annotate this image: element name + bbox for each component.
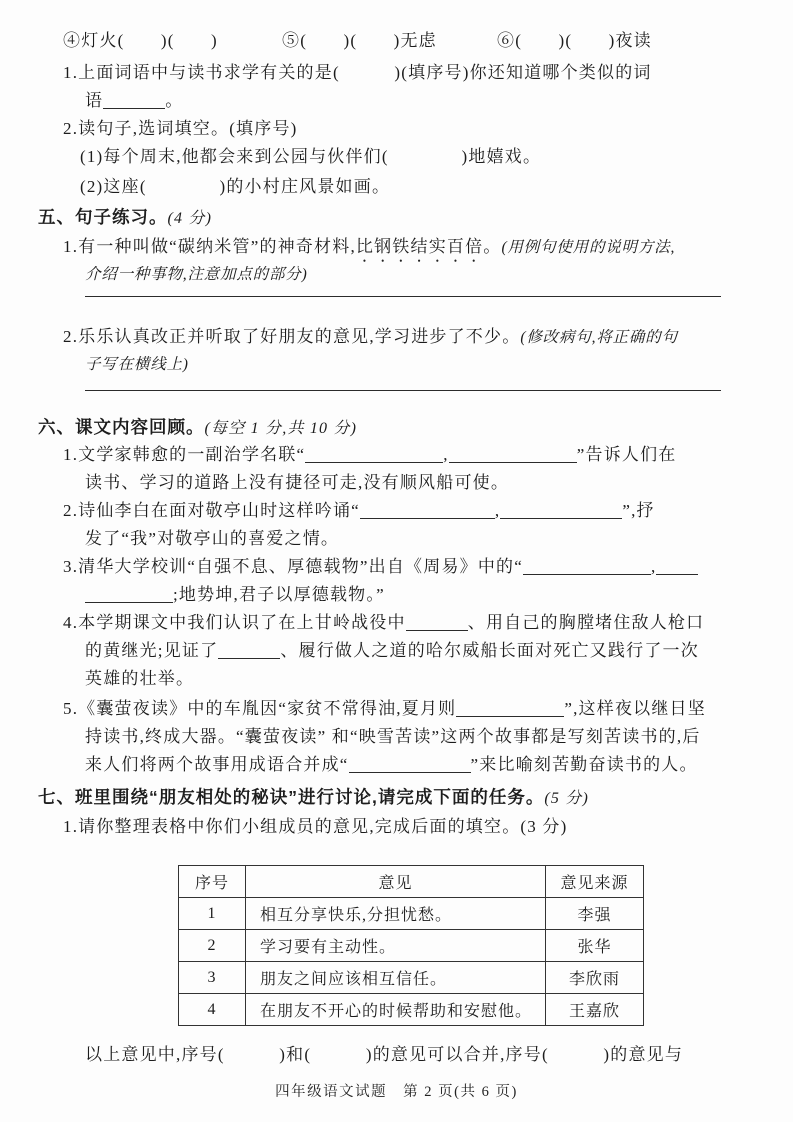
text-segment: 1.有一种叫做“碳纳米管”的神奇材料, xyxy=(63,237,356,256)
answer-blank xyxy=(218,642,280,659)
text-segment: ;地势坤,君子以厚德载物。” xyxy=(173,585,385,604)
question-line: 2.读句子,选词填空。(填序号) xyxy=(63,118,298,140)
emphasized-text: 比钢铁结实百倍 xyxy=(356,237,483,256)
exam-page: ④灯火( )( ) ⑤( )( )无虑 ⑥( )( )夜读 1.上面词语中与读书… xyxy=(0,0,793,1122)
answer-blank xyxy=(406,614,468,631)
section-7-title: 七、班里围绕“朋友相处的秘诀”进行讨论,请完成下面的任务。 xyxy=(38,787,544,807)
text-segment: 来人们将两个故事用成语合并成“ xyxy=(85,755,349,774)
question-line: 发了“我”对敬亭山的喜爱之情。 xyxy=(85,528,339,550)
col-header-number: 序号 xyxy=(179,866,246,898)
question-line: 1.上面词语中与读书求学有关的是( )(填序号)你还知道哪个类似的词 xyxy=(63,62,652,84)
text-segment: ”告诉人们在 xyxy=(577,445,677,464)
text-segment: 4.本学期课文中我们认识了在上甘岭战役中 xyxy=(63,613,406,632)
cell-source: 王嘉欣 xyxy=(546,994,644,1026)
word-item-6: ⑥( )( )夜读 xyxy=(497,30,652,52)
table-row: 3 朋友之间应该相互信任。 李欣雨 xyxy=(179,962,644,994)
cell-source: 张华 xyxy=(546,930,644,962)
section-7-header: 七、班里围绕“朋友相处的秘诀”进行讨论,请完成下面的任务。(5 分) xyxy=(38,786,589,810)
text-segment: 、用自己的胸膛堵住敌人枪口 xyxy=(468,613,705,632)
answer-blank xyxy=(523,558,651,575)
text-segment: 1.文学家韩愈的一副治学名联“ xyxy=(63,445,305,464)
section-6-header: 六、课文内容回顾。(每空 1 分,共 10 分) xyxy=(38,416,357,440)
question-line: 1.有一种叫做“碳纳米管”的神奇材料,比钢铁结实百倍。(用例句使用的说明方法, xyxy=(63,236,675,266)
cell-opinion: 相互分享快乐,分担忧愁。 xyxy=(246,898,546,930)
question-line: 持读书,终成大器。“囊萤夜读” 和“映雪苦读”这两个故事都是写刻苦读书的,后 xyxy=(85,726,701,748)
section-6-title: 六、课文内容回顾。 xyxy=(38,417,205,437)
section-5-score: (4 分) xyxy=(168,210,213,227)
section-5-header: 五、句子练习。(4 分) xyxy=(38,206,212,230)
instruction-note: (修改病句,将正确的句 xyxy=(520,329,677,346)
text-segment: 2.诗仙李白在面对敬亭山时这样吟诵“ xyxy=(63,501,360,520)
table-row: 4 在朋友不开心的时候帮助和安慰他。 王嘉欣 xyxy=(179,994,644,1026)
question-line: 2.乐乐认真改正并听取了好朋友的意见,学习进步了不少。(修改病句,将正确的句 xyxy=(63,326,678,349)
question-line: 4.本学期课文中我们认识了在上甘岭战役中、用自己的胸膛堵住敌人枪口 xyxy=(63,612,704,634)
answer-blank xyxy=(305,446,443,463)
instruction-note: 介绍一种事物,注意加点的部分) xyxy=(85,264,308,286)
question-line: ;地势坤,君子以厚德载物。” xyxy=(85,584,385,606)
text-segment: 的黄继光;见证了 xyxy=(85,641,218,660)
instruction-note: 子写在横线上) xyxy=(85,354,189,376)
question-line: 语。 xyxy=(85,90,183,112)
question-line: 5.《囊萤夜读》中的车胤因“家贫不常得油,夏月则”,这样夜以继日坚 xyxy=(63,698,706,720)
cell-number: 3 xyxy=(179,962,246,994)
text-segment: 语 xyxy=(85,91,103,110)
question-line: 3.清华大学校训“自强不息、厚德载物”出自《周易》中的“, xyxy=(63,556,698,578)
cell-number: 1 xyxy=(179,898,246,930)
word-item-4: ④灯火( )( ) xyxy=(63,30,218,52)
question-line: (2)这座( )的小村庄风景如画。 xyxy=(80,176,390,198)
text-segment: 。 xyxy=(483,237,501,256)
answer-blank xyxy=(85,586,173,603)
col-header-source: 意见来源 xyxy=(546,866,644,898)
question-line: 来人们将两个故事用成语合并成“”来比喻刻苦勤奋读书的人。 xyxy=(85,754,698,776)
question-line: 英雄的壮举。 xyxy=(85,668,194,690)
table-row: 1 相互分享快乐,分担忧愁。 李强 xyxy=(179,898,644,930)
instruction-note: (用例句使用的说明方法, xyxy=(502,239,676,256)
answer-blank xyxy=(656,558,698,575)
text-segment: ”来比喻刻苦勤奋读书的人。 xyxy=(471,755,698,774)
answer-line xyxy=(85,390,721,391)
section-7-score: (5 分) xyxy=(544,790,589,807)
answer-blank xyxy=(360,502,495,519)
answer-blank xyxy=(500,502,622,519)
answer-blank xyxy=(449,446,577,463)
text-segment: ”,这样夜以继日坚 xyxy=(564,699,706,718)
text-segment: 5.《囊萤夜读》中的车胤因“家贫不常得油,夏月则 xyxy=(63,699,456,718)
section-6-score: (每空 1 分,共 10 分) xyxy=(205,420,358,437)
section-5-title: 五、句子练习。 xyxy=(38,207,168,227)
text-segment: 、履行做人之道的哈尔威船长面对死亡又践行了一次 xyxy=(280,641,699,660)
question-line: 1.文学家韩愈的一副治学名联“,”告诉人们在 xyxy=(63,444,677,466)
text-segment: 2.乐乐认真改正并听取了好朋友的意见,学习进步了不少。 xyxy=(63,327,520,346)
question-line: 的黄继光;见证了、履行做人之道的哈尔威船长面对死亡又践行了一次 xyxy=(85,640,699,662)
text-segment: 3.清华大学校训“自强不息、厚德载物”出自《周易》中的“ xyxy=(63,557,523,576)
question-line: (1)每个周末,他都会来到公园与伙伴们( )地嬉戏。 xyxy=(80,146,541,168)
col-header-opinion: 意见 xyxy=(246,866,546,898)
answer-blank xyxy=(103,92,165,109)
opinion-table: 序号 意见 意见来源 1 相互分享快乐,分担忧愁。 李强 2 学习要有主动性。 … xyxy=(178,865,644,1026)
cell-number: 2 xyxy=(179,930,246,962)
question-line: 2.诗仙李白在面对敬亭山时这样吟诵“,”,抒 xyxy=(63,500,655,522)
answer-line xyxy=(85,296,721,297)
text-segment: 。 xyxy=(165,91,183,110)
table-header-row: 序号 意见 意见来源 xyxy=(179,866,644,898)
text-segment: ”,抒 xyxy=(622,501,654,520)
cell-opinion: 在朋友不开心的时候帮助和安慰他。 xyxy=(246,994,546,1026)
question-line: 1.请你整理表格中你们小组成员的意见,完成后面的填空。(3 分) xyxy=(63,816,567,838)
cell-number: 4 xyxy=(179,994,246,1026)
cell-opinion: 学习要有主动性。 xyxy=(246,930,546,962)
answer-blank xyxy=(456,700,564,717)
page-footer: 四年级语文试题 第 2 页(共 6 页) xyxy=(0,1080,793,1101)
table-row: 2 学习要有主动性。 张华 xyxy=(179,930,644,962)
question-line: 读书、学习的道路上没有捷径可走,没有顺风船可使。 xyxy=(85,472,509,494)
answer-blank xyxy=(349,756,471,773)
cell-source: 李欣雨 xyxy=(546,962,644,994)
question-line: 以上意见中,序号( )和( )的意见可以合并,序号( )的意见与 xyxy=(85,1044,683,1066)
cell-opinion: 朋友之间应该相互信任。 xyxy=(246,962,546,994)
cell-source: 李强 xyxy=(546,898,644,930)
word-item-5: ⑤( )( )无虑 xyxy=(282,30,437,52)
